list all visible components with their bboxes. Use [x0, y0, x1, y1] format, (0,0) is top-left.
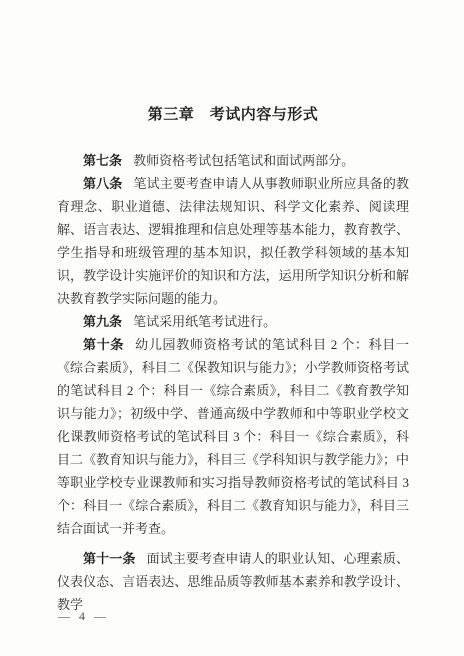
article-label: 第九条 — [83, 314, 122, 329]
article-paragraph-7: 第七条教师资格考试包括笔试和面试两部分。 — [57, 149, 409, 172]
document-page: 第三章 考试内容与形式 第七条教师资格考试包括笔试和面试两部分。 第八条笔试主要… — [0, 0, 464, 656]
article-text: 笔试采用纸笔考试进行。 — [133, 314, 276, 329]
page-number: — 4 — — [58, 610, 109, 622]
article-label: 第十条 — [83, 337, 124, 352]
article-text: 笔试主要考查申请人从事教师职业所应具备的教育理念、职业道德、法律法规知识、科学文… — [57, 176, 409, 306]
article-paragraph-10: 第十条幼儿园教师资格考试的笔试科目 2 个：科目一《综合素质》，科目二《保教知识… — [57, 333, 409, 540]
article-paragraph-11: 第十一条面试主要考查申请人的职业认知、心理素质、仪表仪态、言语表达、思维品质等教… — [57, 547, 409, 616]
document-body: 第三章 考试内容与形式 第七条教师资格考试包括笔试和面试两部分。 第八条笔试主要… — [57, 103, 409, 616]
article-label: 第八条 — [83, 176, 122, 191]
article-text: 教师资格考试包括笔试和面试两部分。 — [133, 153, 354, 168]
article-label: 第七条 — [83, 153, 122, 168]
article-label: 第十一条 — [83, 551, 136, 566]
article-paragraph-9: 第九条笔试采用纸笔考试进行。 — [57, 310, 409, 333]
article-paragraph-8: 第八条笔试主要考查申请人从事教师职业所应具备的教育理念、职业道德、法律法规知识、… — [57, 172, 409, 310]
article-text: 幼儿园教师资格考试的笔试科目 2 个：科目一《综合素质》，科目二《保教知识与能力… — [57, 337, 409, 536]
chapter-title: 第三章 考试内容与形式 — [57, 103, 409, 124]
